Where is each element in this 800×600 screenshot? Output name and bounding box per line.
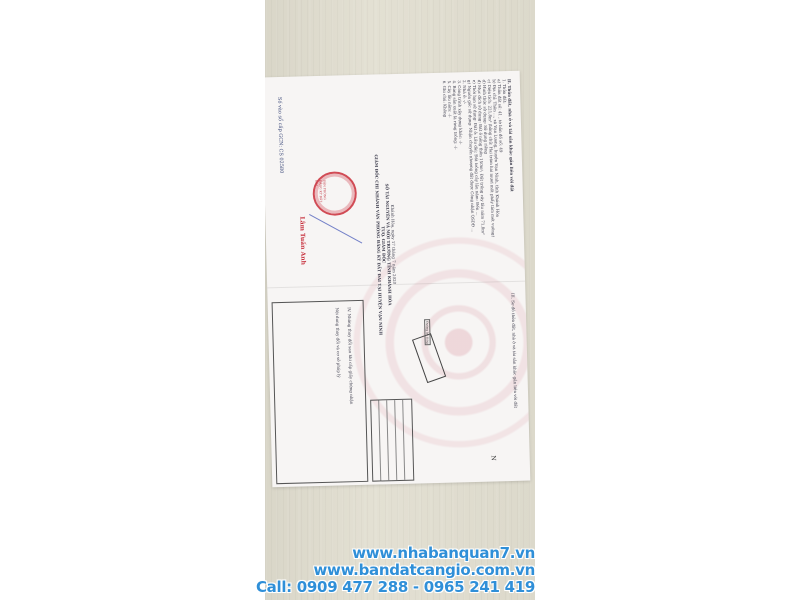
road-label: Đường bê tông [424, 319, 431, 346]
north-arrow-icon: N [490, 455, 497, 460]
signing-block: Khánh Hòa, ngày 17 tháng 7 năm 2020 SỞ T… [374, 154, 399, 335]
certificate-paper: II. Thửa đất, nhà ở và tài sản khác gắn … [265, 71, 530, 488]
certificate-photo: II. Thửa đất, nhà ở và tài sản khác gắn … [265, 0, 535, 600]
coordinate-table [370, 399, 414, 482]
signer-name: Lâm Tuấn Anh [298, 216, 306, 265]
watermark-url-1: www.nhabanquan7.vn [352, 544, 535, 562]
serial-number: Số vào sổ cấp GCN: CS 02580 [276, 97, 284, 174]
red-seal-stamp: VĂN PHÒNG ĐĂNG KÝ ĐẤT ĐAI [312, 171, 357, 216]
stamp-text: VĂN PHÒNG ĐĂNG KÝ ĐẤT ĐAI [314, 180, 327, 208]
watermark-phone: Call: 0909 477 288 - 0965 241 419 [256, 578, 535, 596]
section-ii: II. Thửa đất, nhà ở và tài sản khác gắn … [442, 79, 516, 238]
watermark-url-2: www.bandatcangio.com.vn [313, 561, 535, 579]
